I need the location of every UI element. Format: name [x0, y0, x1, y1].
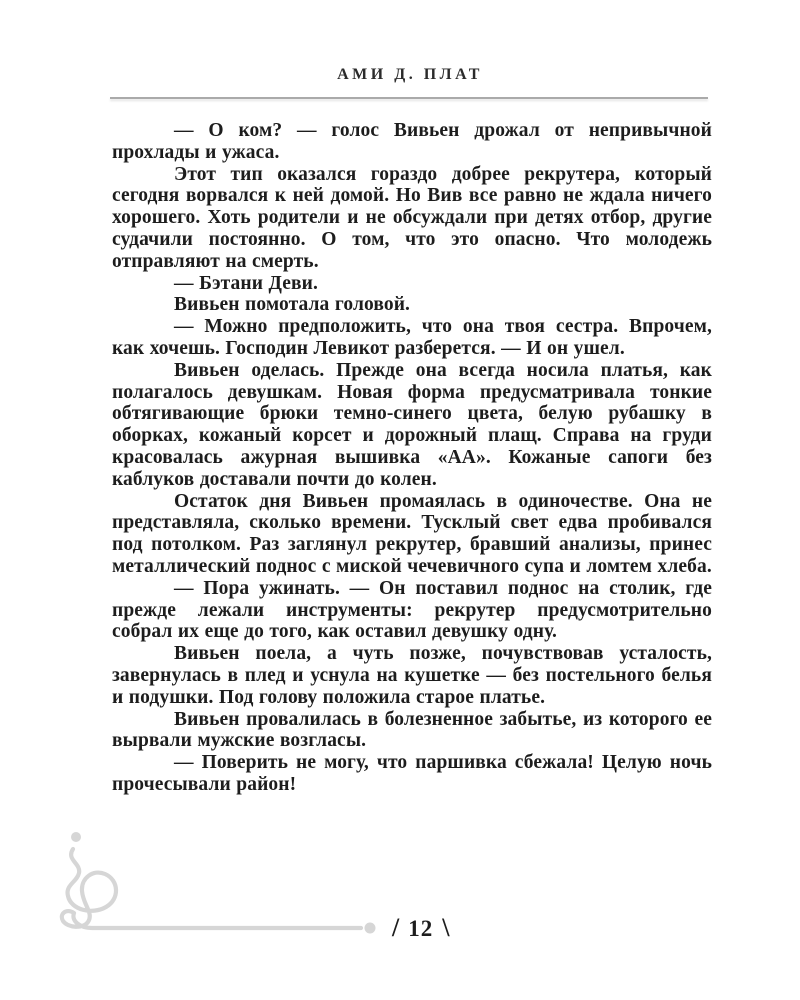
page-number-left-slash: / [392, 913, 399, 943]
paragraph: Вивьен помотала головой. [112, 294, 712, 316]
page-number-value: 12 [408, 916, 433, 942]
paragraph: — Можно предположить, что она твоя сестр… [112, 316, 712, 360]
paragraph: — Поверить не могу, что паршивка сбежала… [112, 752, 712, 796]
paragraph: — Бэтани Деви. [112, 273, 712, 295]
paragraph: Вивьен оделась. Прежде она всегда носила… [112, 360, 712, 491]
paragraph: Остаток дня Вивьен промаялась в одиночес… [112, 491, 712, 578]
page-number-right-slash: \ [442, 913, 449, 943]
paragraph: Этот тип оказался гораздо добрее рекруте… [112, 164, 712, 273]
ornament-top-dot [71, 832, 81, 842]
book-page: АМИ Д. ПЛАТ — О ком? — голос Вивьен дрож… [0, 0, 800, 1000]
paragraph: Вивьен провалилась в болезненное забытье… [112, 709, 712, 753]
paragraph: — Пора ужинать. — Он поставил поднос на … [112, 578, 712, 643]
swirl-ornament-icon [50, 800, 390, 945]
header-divider [110, 97, 708, 99]
ornament-flourish-and-rule [62, 849, 361, 928]
page-number: / 12 \ [392, 913, 449, 943]
footer-rule-end-dot [365, 923, 376, 934]
body-text: — О ком? — голос Вивьен дрожал от неприв… [112, 120, 712, 796]
paragraph: — О ком? — голос Вивьен дрожал от неприв… [112, 120, 712, 164]
running-header-title: АМИ Д. ПЛАТ [110, 66, 710, 84]
paragraph: Вивьен поела, а чуть позже, почувствовав… [112, 643, 712, 708]
